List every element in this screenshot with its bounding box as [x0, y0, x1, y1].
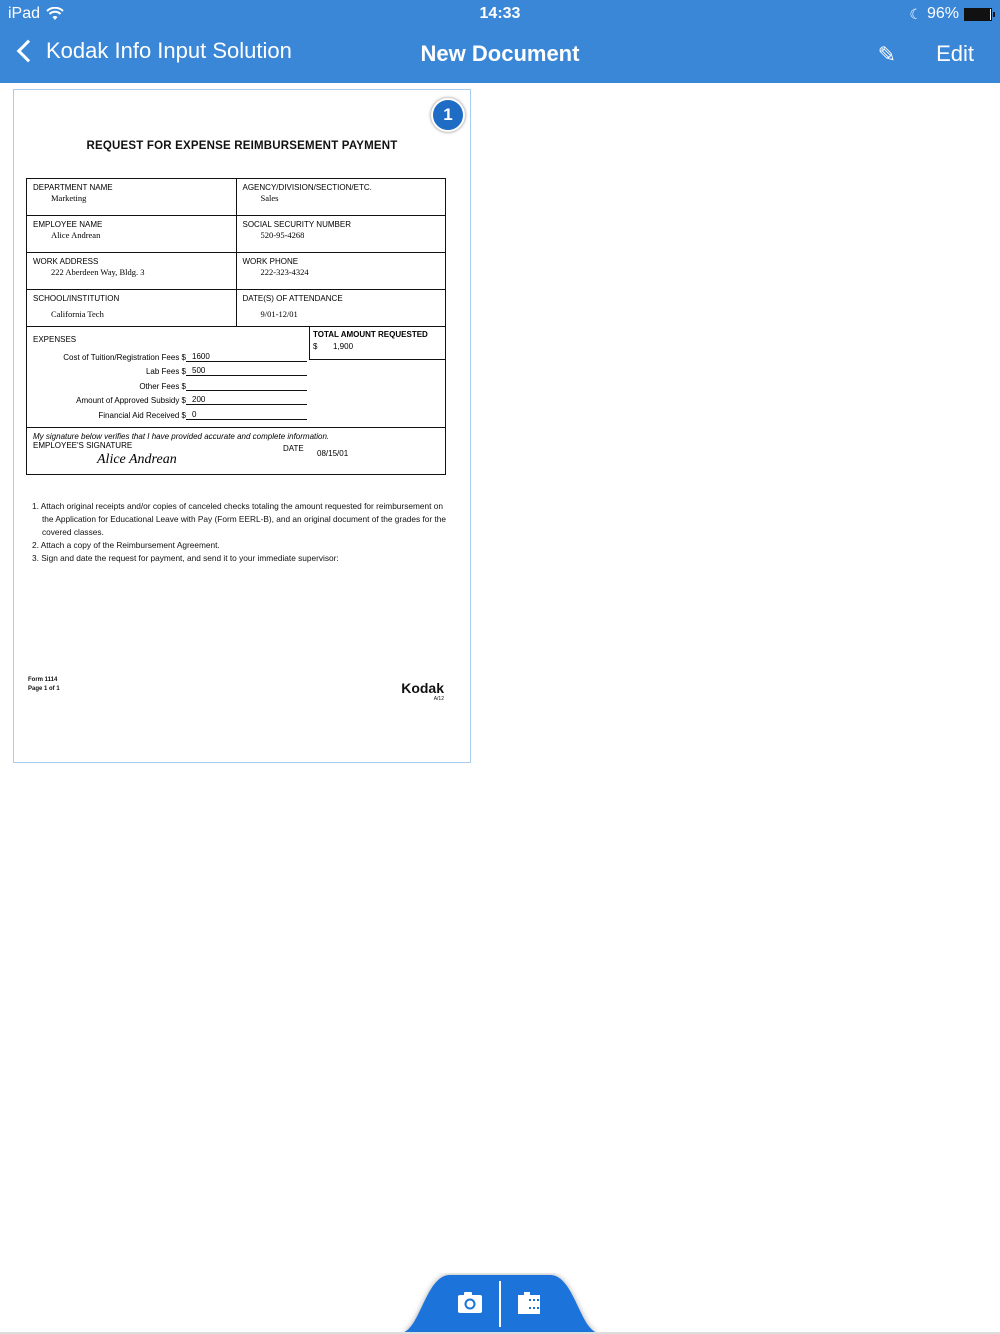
field-label: WORK ADDRESS	[33, 257, 230, 266]
form-row: WORK ADDRESS222 Aberdeen Way, Bldg. 3 WO…	[27, 253, 445, 290]
expense-value: 1600	[186, 352, 307, 362]
edit-button[interactable]: Edit	[936, 41, 974, 67]
page-count: Page 1 of 1	[28, 685, 60, 694]
form-grid: DEPARTMENT NAMEMarketing AGENCY/DIVISION…	[26, 178, 446, 475]
battery-percent: 96%	[927, 5, 959, 23]
field-value: Marketing	[33, 193, 230, 203]
expense-label: Financial Aid Received $	[98, 411, 186, 420]
instruction-item: 1. Attach original receipts and/or copie…	[32, 500, 452, 539]
field-label: DATE(S) OF ATTENDANCE	[243, 294, 440, 303]
expense-label: Cost of Tuition/Registration Fees $	[63, 353, 186, 362]
field-value: California Tech	[33, 309, 230, 319]
field-value: 520-95-4268	[243, 230, 440, 240]
form-row: EMPLOYEE NAMEAlice Andrean SOCIAL SECURI…	[27, 216, 445, 253]
instruction-item: 2. Attach a copy of the Reimbursement Ag…	[32, 539, 452, 552]
date-value: 08/15/01	[317, 449, 348, 458]
toolbar-divider	[499, 1281, 501, 1327]
field-label: AGENCY/DIVISION/SECTION/ETC.	[243, 183, 440, 192]
form-row: DEPARTMENT NAMEMarketing AGENCY/DIVISION…	[27, 179, 445, 216]
field-value: Alice Andrean	[33, 230, 230, 240]
form-row: SCHOOL/INSTITUTIONCalifornia Tech DATE(S…	[27, 290, 445, 327]
import-files-icon	[510, 1287, 550, 1319]
instruction-item: 3. Sign and date the request for payment…	[32, 552, 452, 565]
bottom-toolbar	[400, 1273, 600, 1333]
expense-label: Amount of Approved Subsidy $	[76, 396, 186, 405]
expenses-heading: EXPENSES	[33, 335, 76, 344]
field-label: SCHOOL/INSTITUTION	[33, 294, 230, 303]
expense-label: Lab Fees $	[146, 367, 186, 376]
kodak-logo: Kodak A/12	[401, 680, 444, 702]
expense-line: Cost of Tuition/Registration Fees $1600	[37, 347, 307, 362]
signature: Alice Andrean	[97, 452, 439, 468]
expenses-section: EXPENSES Cost of Tuition/Registration Fe…	[27, 327, 445, 428]
total-amount-box: TOTAL AMOUNT REQUESTED $ 1,900	[309, 327, 445, 360]
page-thumbnail[interactable]: 1 REQUEST FOR EXPENSE REIMBURSEMENT PAYM…	[13, 89, 471, 763]
signature-statement: My signature below verifies that I have …	[33, 432, 439, 441]
field-label: DEPARTMENT NAME	[33, 183, 230, 192]
field-value: 222 Aberdeen Way, Bldg. 3	[33, 267, 230, 277]
brand-name: Kodak	[401, 680, 444, 696]
import-files-button[interactable]	[510, 1287, 550, 1319]
field-value: Sales	[243, 193, 440, 203]
field-label: SOCIAL SECURITY NUMBER	[243, 220, 440, 229]
camera-button[interactable]	[450, 1287, 490, 1319]
page-title: New Document	[0, 41, 1000, 67]
camera-icon	[450, 1287, 490, 1319]
pencil-icon[interactable]: ✎	[878, 42, 896, 68]
moon-icon: ☾	[909, 6, 922, 23]
expense-value: 500	[186, 366, 307, 376]
battery-icon	[964, 8, 992, 21]
page-number-badge: 1	[431, 98, 465, 132]
navigation-bar: Kodak Info Input Solution New Document ✎…	[0, 30, 1000, 80]
expense-line: Lab Fees $500	[37, 362, 307, 377]
total-label: TOTAL AMOUNT REQUESTED	[313, 330, 442, 339]
expense-line: Amount of Approved Subsidy $200	[37, 391, 307, 406]
top-bar: iPad 14:33 ☾ 96% Kodak Info Input Soluti…	[0, 0, 1000, 83]
signature-section: My signature below verifies that I have …	[27, 428, 445, 474]
clock: 14:33	[0, 5, 1000, 23]
expense-line: Financial Aid Received $0	[37, 405, 307, 420]
expense-line: Other Fees $	[37, 376, 307, 391]
expense-value: 200	[186, 395, 307, 405]
expense-value	[186, 381, 307, 391]
brand-code: A/12	[401, 696, 444, 702]
field-value: 9/01-12/01	[243, 309, 440, 319]
expense-value: 0	[186, 410, 307, 420]
field-value: 222-323-4324	[243, 267, 440, 277]
form-number: Form 1114	[28, 676, 60, 685]
field-label: EMPLOYEE NAME	[33, 220, 230, 229]
expense-label: Other Fees $	[139, 382, 186, 391]
date-label: DATE	[283, 444, 304, 453]
document-title: REQUEST FOR EXPENSE REIMBURSEMENT PAYMEN…	[14, 140, 470, 152]
field-label: WORK PHONE	[243, 257, 440, 266]
form-footer: Form 1114 Page 1 of 1	[28, 676, 60, 694]
total-value: $ 1,900	[313, 342, 442, 351]
status-bar: iPad 14:33 ☾ 96%	[0, 0, 1000, 28]
instructions: 1. Attach original receipts and/or copie…	[32, 500, 452, 565]
signature-label: EMPLOYEE'S SIGNATURE	[33, 441, 439, 450]
